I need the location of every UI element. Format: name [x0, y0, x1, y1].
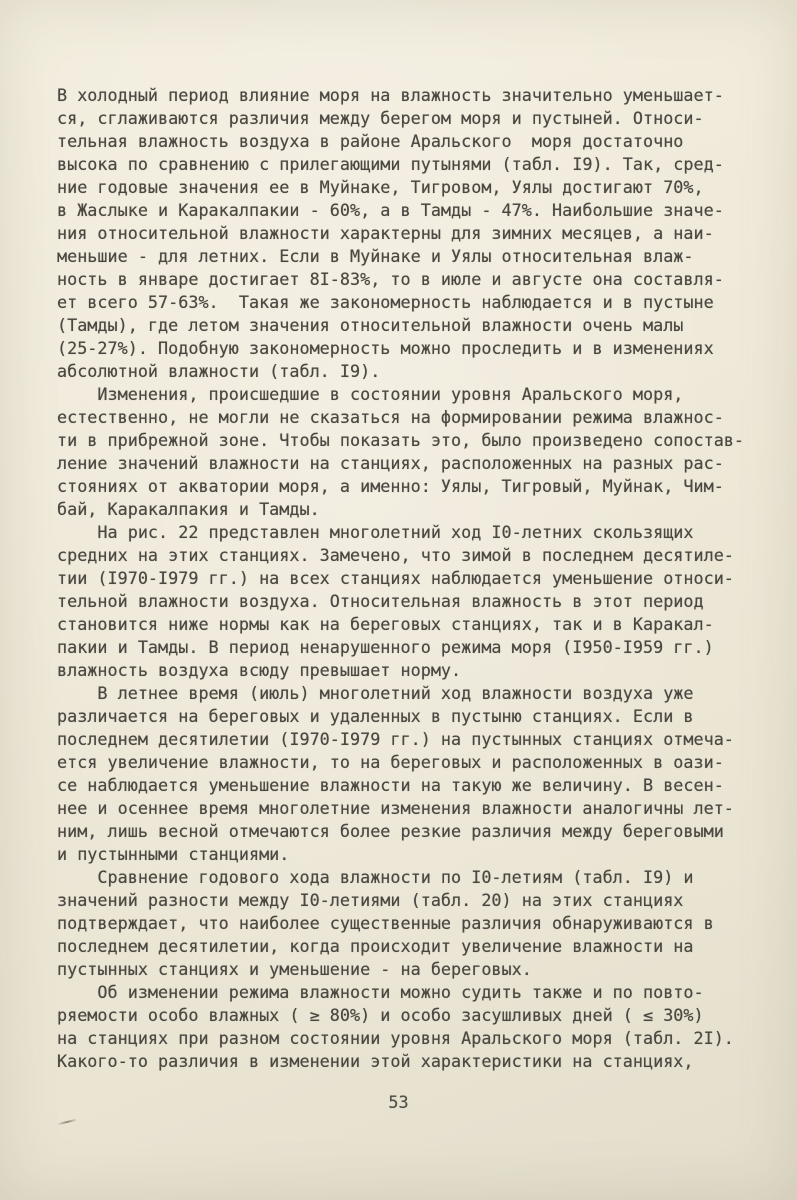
text-line: стояниях от акватории моря, а именно: Уя…	[57, 475, 769, 498]
text-line: Изменения, происшедшие в состоянии уровн…	[57, 383, 769, 406]
text-line: ние годовые значения ее в Муйнаке, Тигро…	[57, 176, 769, 199]
page-text: В холодный период влияние моря на влажно…	[57, 84, 769, 1073]
text-line: ся, сглаживаются различия между берегом …	[57, 107, 769, 130]
text-line: пакии и Тамды. В период ненарушенного ре…	[57, 636, 769, 659]
page-number: 53	[0, 1092, 797, 1112]
paragraph: Об изменении режима влажности можно суди…	[57, 981, 769, 1073]
text-line: ния относительной влажности характерны д…	[57, 222, 769, 245]
text-line: ность в январе достигает 8I-83%, то в ию…	[57, 268, 769, 291]
text-line: нее и осеннее время многолетние изменени…	[57, 797, 769, 820]
text-line: Сравнение годового хода влажности по I0-…	[57, 866, 769, 889]
text-line: ряемости особо влажных ( ≥ 80%) и особо …	[57, 1004, 769, 1027]
paragraph: В летнее время (июль) многолетний ход вл…	[57, 682, 769, 866]
text-line: и пустынными станциями.	[57, 843, 769, 866]
text-line: се наблюдается уменьшение влажности на т…	[57, 774, 769, 797]
text-line: Какого-то различия в изменении этой хара…	[57, 1050, 769, 1073]
paragraph: Сравнение годового хода влажности по I0-…	[57, 866, 769, 981]
text-line: различается на береговых и удаленных в п…	[57, 705, 769, 728]
text-line: средних на этих станциях. Замечено, что …	[57, 544, 769, 567]
text-line: абсолютной влажности (табл. I9).	[57, 360, 769, 383]
text-line: (Тамды), где летом значения относительно…	[57, 314, 769, 337]
text-line: высока по сравнению с прилегающими путын…	[57, 153, 769, 176]
text-line: тельной влажности воздуха. Относительная…	[57, 590, 769, 613]
paragraph: На рис. 22 представлен многолетний ход I…	[57, 521, 769, 682]
paragraph: Изменения, происшедшие в состоянии уровн…	[57, 383, 769, 521]
text-line: бай, Каракалпакия и Тамды.	[57, 498, 769, 521]
paragraph: В холодный период влияние моря на влажно…	[57, 84, 769, 383]
text-line: естественно, не могли не сказаться на фо…	[57, 406, 769, 429]
text-line: ется увеличение влажности, то на берегов…	[57, 751, 769, 774]
text-line: подтверждает, что наиболее существенные …	[57, 912, 769, 935]
text-line: тельная влажность воздуха в районе Араль…	[57, 130, 769, 153]
text-line: становится ниже нормы как на береговых с…	[57, 613, 769, 636]
text-line: меньшие - для летних. Если в Муйнаке и У…	[57, 245, 769, 268]
pencil-mark	[58, 1119, 76, 1125]
text-line: в Жаслыке и Каракалпакии - 60%, а в Тамд…	[57, 199, 769, 222]
text-line: последнем десятилетии (I970-I979 гг.) на…	[57, 728, 769, 751]
text-line: ним, лишь весной отмечаются более резкие…	[57, 820, 769, 843]
text-line: значений разности между I0-летиями (табл…	[57, 889, 769, 912]
text-line: на станциях при разном состоянии уровня …	[57, 1027, 769, 1050]
text-line: тии (I970-I979 гг.) на всех станциях наб…	[57, 567, 769, 590]
scanned-page: В холодный период влияние моря на влажно…	[0, 0, 797, 1200]
text-line: Об изменении режима влажности можно суди…	[57, 981, 769, 1004]
text-line: последнем десятилетии, когда происходит …	[57, 935, 769, 958]
text-line: пустынных станциях и уменьшение - на бер…	[57, 958, 769, 981]
text-line: ти в прибрежной зоне. Чтобы показать это…	[57, 429, 769, 452]
text-line: ление значений влажности на станциях, ра…	[57, 452, 769, 475]
text-line: На рис. 22 представлен многолетний ход I…	[57, 521, 769, 544]
text-line: В летнее время (июль) многолетний ход вл…	[57, 682, 769, 705]
text-line: ет всего 57-63%. Такая же закономерность…	[57, 291, 769, 314]
text-line: (25-27%). Подобную закономерность можно …	[57, 337, 769, 360]
text-line: влажность воздуха всюду превышает норму.	[57, 659, 769, 682]
text-line: В холодный период влияние моря на влажно…	[57, 84, 769, 107]
